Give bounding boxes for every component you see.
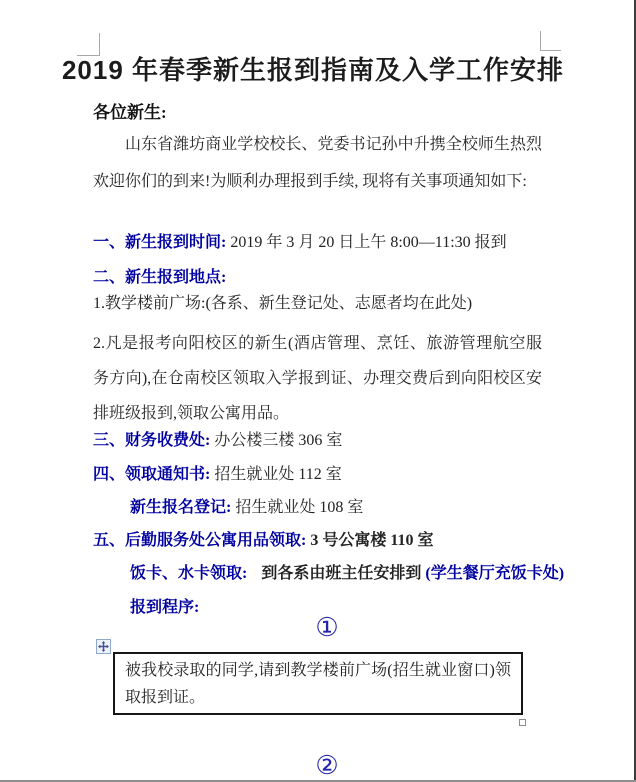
section-dorm-value: 3 号公寓楼 110 室	[310, 532, 433, 549]
location-item-1-text: 1.教学楼前广场:(各系、新生登记处、志愿者均在此处)	[93, 295, 472, 312]
intro-paragraph: 山东省潍坊商业学校校长、党委书记孙中升携全校师生热烈欢迎你们的到来!为顺利办理报…	[93, 126, 542, 200]
section-location-label: 二、新生报到地点:	[93, 269, 226, 286]
section-notice-label: 四、领取通知书:	[93, 466, 210, 483]
section-cards: 饭卡、水卡领取: 到各系由班主任安排到 (学生餐厅充饭卡处)	[130, 563, 564, 585]
location-item-2: 2.凡是报考向阳校区的新生(酒店管理、烹饪、旅游管理航空服务方向),在仓南校区领…	[93, 326, 542, 431]
four-direction-arrow-icon	[98, 641, 109, 652]
section-location: 二、新生报到地点:	[93, 267, 226, 289]
section-register-value: 招生就业处 108 室	[235, 499, 363, 516]
section-time: 一、新生报到时间: 2019 年 3 月 20 日上午 8:00—11:30 报…	[93, 232, 507, 254]
section-cards-value: 到各系由班主任安排到	[261, 565, 421, 582]
section-cards-note: (学生餐厅充饭卡处)	[425, 565, 564, 582]
section-notice: 四、领取通知书: 招生就业处 112 室	[93, 464, 342, 486]
text-boundary-mark-top-right	[540, 31, 561, 51]
flow-step-1-text: 被我校录取的同学,请到教学楼前广场(招生就业窗口)领取报到证。	[125, 662, 511, 706]
section-notice-value: 招生就业处 112 室	[214, 466, 341, 483]
move-handle-icon[interactable]	[96, 639, 111, 654]
location-item-1: 1.教学楼前广场:(各系、新生登记处、志愿者均在此处)	[93, 293, 472, 315]
document-page: 2019 年春季新生报到指南及入学工作安排 各位新生: 山东省潍坊商业学校校长、…	[0, 0, 636, 782]
section-finance-label: 三、财务收费处:	[93, 432, 210, 449]
section-dorm-label: 五、后勤服务处公寓用品领取:	[93, 532, 306, 549]
flow-step-1-badge: ①	[315, 613, 338, 643]
section-finance-value: 办公楼三楼 306 室	[214, 432, 342, 449]
flow-step-1-textbox[interactable]: 被我校录取的同学,请到教学楼前广场(招生就业窗口)领取报到证。	[113, 652, 523, 715]
section-time-label: 一、新生报到时间:	[93, 234, 226, 251]
section-register-label: 新生报名登记:	[130, 499, 231, 516]
section-procedure-label: 报到程序:	[130, 599, 199, 616]
section-time-value: 2019 年 3 月 20 日上午 8:00—11:30 报到	[230, 234, 506, 251]
section-finance: 三、财务收费处: 办公楼三楼 306 室	[93, 430, 342, 452]
flow-step-2-badge: ②	[315, 751, 338, 781]
section-cards-label: 饭卡、水卡领取:	[130, 565, 247, 582]
salutation: 各位新生:	[93, 98, 167, 123]
page-title: 2019 年春季新生报到指南及入学工作安排	[0, 50, 626, 87]
section-dorm: 五、后勤服务处公寓用品领取: 3 号公寓楼 110 室	[93, 530, 433, 552]
section-procedure: 报到程序:	[130, 597, 199, 619]
section-register: 新生报名登记: 招生就业处 108 室	[130, 497, 363, 519]
resize-handle[interactable]	[519, 719, 526, 726]
